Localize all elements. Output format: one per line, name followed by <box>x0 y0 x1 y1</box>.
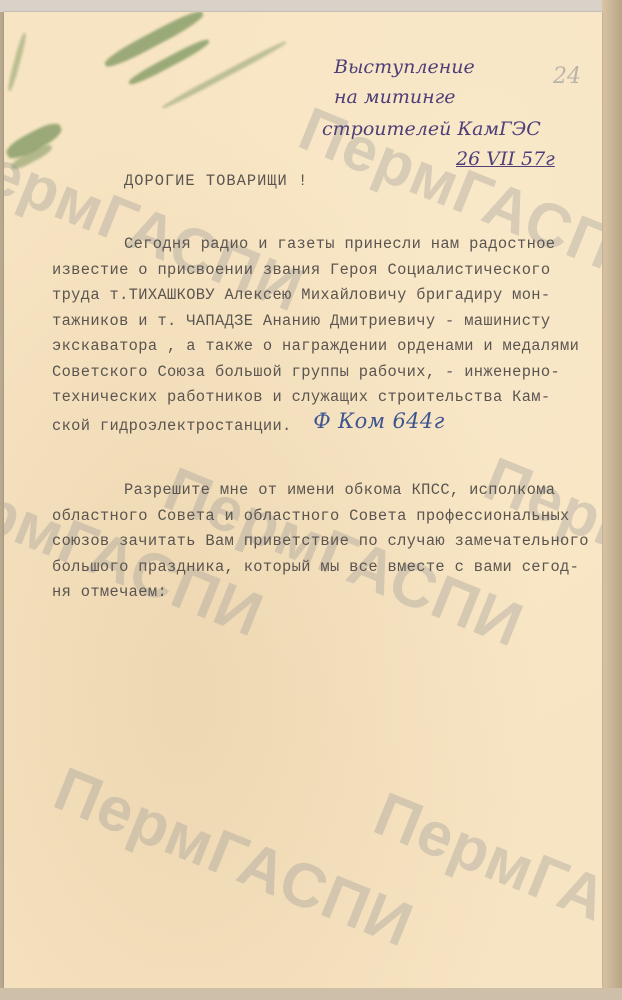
text-line: труда т.ТИХАШКОВУ Алексею Михайловичу бр… <box>52 283 592 309</box>
text-line: областного Совета и областного Совета пр… <box>52 504 592 530</box>
text-line: ня отмечаем: <box>52 580 592 606</box>
handwritten-inline-note: Ф Ком 644г <box>313 409 444 433</box>
handwritten-annotation-line1: Выступление <box>334 56 475 78</box>
text-line: тажников и т. ЧАПАДЗЕ Ананию Дмитриевичу… <box>52 309 592 335</box>
text-line: большого праздника, который мы все вмест… <box>52 555 592 581</box>
page-stack-edge <box>602 0 622 1000</box>
paragraph-1: Сегодня радио и газеты принесли нам радо… <box>52 232 592 439</box>
salutation-heading: ДОРОГИЕ ТОВАРИЩИ ! <box>124 172 308 190</box>
text-line-end: ской гидроэлектростанции. <box>52 417 292 435</box>
paragraph-2: Разрешите мне от имени обкома КПСС, испо… <box>52 478 592 606</box>
scanner-bed-top <box>0 0 622 12</box>
green-stain <box>102 12 206 71</box>
green-stain <box>6 32 27 92</box>
handwritten-annotation-line2: на митинге <box>334 86 456 108</box>
page-number: 24 <box>553 64 581 89</box>
text-line: союзов зачитать Вам приветствие по случа… <box>52 529 592 555</box>
text-line: Сегодня радио и газеты принесли нам радо… <box>52 232 592 258</box>
text-line: экскаватора , а также о награждении орде… <box>52 334 592 360</box>
handwritten-date: 26 VII 57г <box>456 148 555 170</box>
underlying-pages-edge <box>0 988 622 1000</box>
text-line: Советского Союза большой группы рабочих,… <box>52 360 592 386</box>
text-line: ской гидроэлектростанции. Ф Ком 644г <box>52 411 592 440</box>
handwritten-annotation-line3: строителей КамГЭС <box>322 118 541 140</box>
text-line: Разрешите мне от имени обкома КПСС, испо… <box>52 478 592 504</box>
text-line: известие о присвоении звания Героя Социа… <box>52 258 592 284</box>
archive-watermark: ПермГАСПИ <box>365 779 602 987</box>
document-page: ПермГАСПИ ПермГАСПИ ПермГАСПИ ПермГАСПИ … <box>4 12 602 988</box>
text-line: технических работников и служащих строит… <box>52 385 592 411</box>
archive-watermark: ПермГАСПИ <box>45 754 423 962</box>
